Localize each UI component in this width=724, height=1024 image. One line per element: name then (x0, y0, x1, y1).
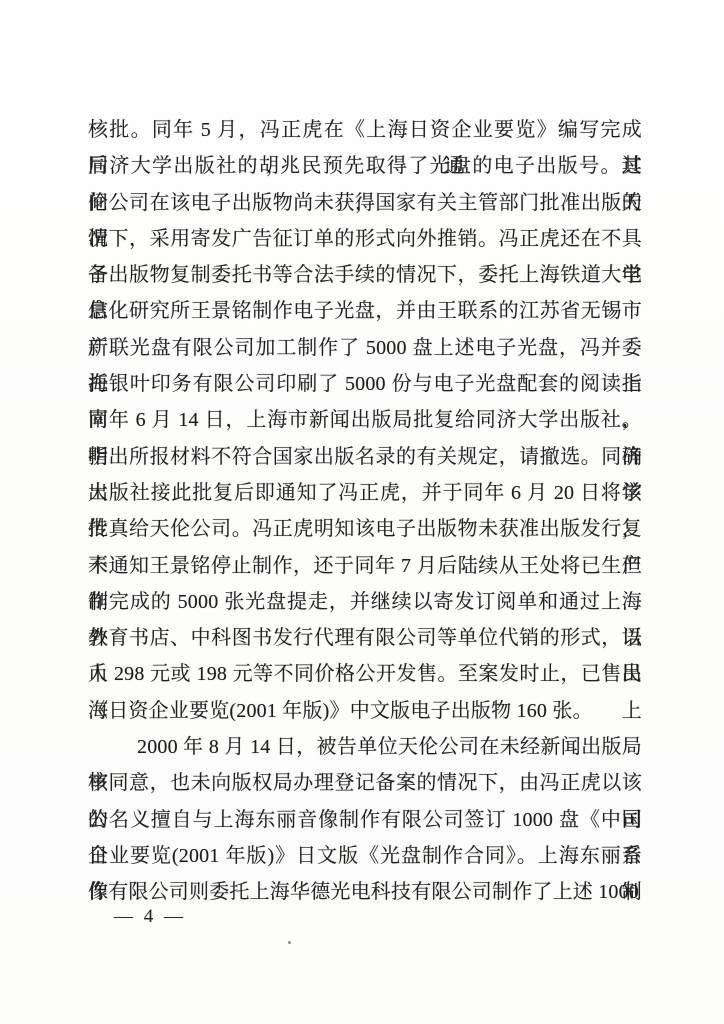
text-line: 海银叶印务有限公司印刷了 5000 份与电子光盘配套的阅读指南。 (88, 366, 642, 402)
document-body-text: 核批。同年 5 月，冯正虎在《上海日资企业要览》编写完成后，通过 同济大学出版社… (88, 112, 642, 911)
paragraph-2: 2000 年 8 月 14 日，被告单位天伦公司在未经新闻出版局审 核同意，也未… (88, 729, 642, 910)
text-line: 指出所报材料不符合国家出版名录的有关规定，请撤选。同济大学 (88, 439, 642, 475)
paragraph-1: 核批。同年 5 月，冯正虎在《上海日资企业要览》编写完成后，通过 同济大学出版社… (88, 112, 642, 729)
text-line: 传真给天伦公司。冯正虎明知该电子出版物未获准出版发行，不但 (88, 511, 642, 547)
text-line: 况下，采用寄发广告征订单的形式向外推销。冯正虎还在不具备电 (88, 221, 642, 257)
text-line: 广联光盘有限公司加工制作了 5000 盘上述电子光盘，冯并委托上 (88, 330, 642, 366)
text-line: 息化研究所王景铭制作电子光盘，并由王联系的江苏省无锡市新 (88, 293, 642, 329)
scan-speck (288, 941, 291, 944)
text-line: 海日资企业要览(2001 年版)》中文版电子出版物 160 张。 (88, 693, 642, 729)
text-line: 子出版物复制委托书等合法手续的情况下，委托上海铁道大学信 (88, 257, 642, 293)
text-line: 的名义擅自与上海东丽音像制作有限公司签订 1000 盘《中国日系 (88, 802, 642, 838)
text-line: 作完成的 5000 张光盘提走，并继续以寄发订阅单和通过上海外语 (88, 584, 642, 620)
text-line: 出版社接此批复后即通知了冯正虎，并于同年 6 月 20 日将该批复 (88, 475, 642, 511)
text-line: 教育书店、中科图书发行代理有限公司等单位代销的形式，以人民 (88, 620, 642, 656)
text-line: 同济大学出版社的胡兆民预先取得了光盘的电子出版号。其间，天 (88, 148, 642, 184)
text-line: 同年 6 月 14 日，上海市新闻出版局批复给同济大学出版社，明确 (88, 402, 642, 438)
text-line: 币 298 元或 198 元等不同价格公开发售。至案发时止，已售出《上 (88, 656, 642, 692)
text-line: 核批。同年 5 月，冯正虎在《上海日资企业要览》编写完成后，通过 (88, 112, 642, 148)
text-line: 2000 年 8 月 14 日，被告单位天伦公司在未经新闻出版局审 (88, 729, 642, 765)
text-line: 企业要览(2001 年版)》日文版《光盘制作合同》。上海东丽音像制 (88, 838, 642, 874)
text-line: 未通知王景铭停止制作，还于同年 7 月后陆续从王处将已生产制 (88, 548, 642, 584)
page-number: — 4 — (114, 906, 186, 928)
document-page: 核批。同年 5 月，冯正虎在《上海日资企业要览》编写完成后，通过 同济大学出版社… (0, 0, 724, 1024)
text-line: 伦公司在该电子出版物尚未获得国家有关主管部门批准出版的情 (88, 185, 642, 221)
text-line: 核同意，也未向版权局办理登记备案的情况下，由冯正虎以该公司 (88, 765, 642, 801)
